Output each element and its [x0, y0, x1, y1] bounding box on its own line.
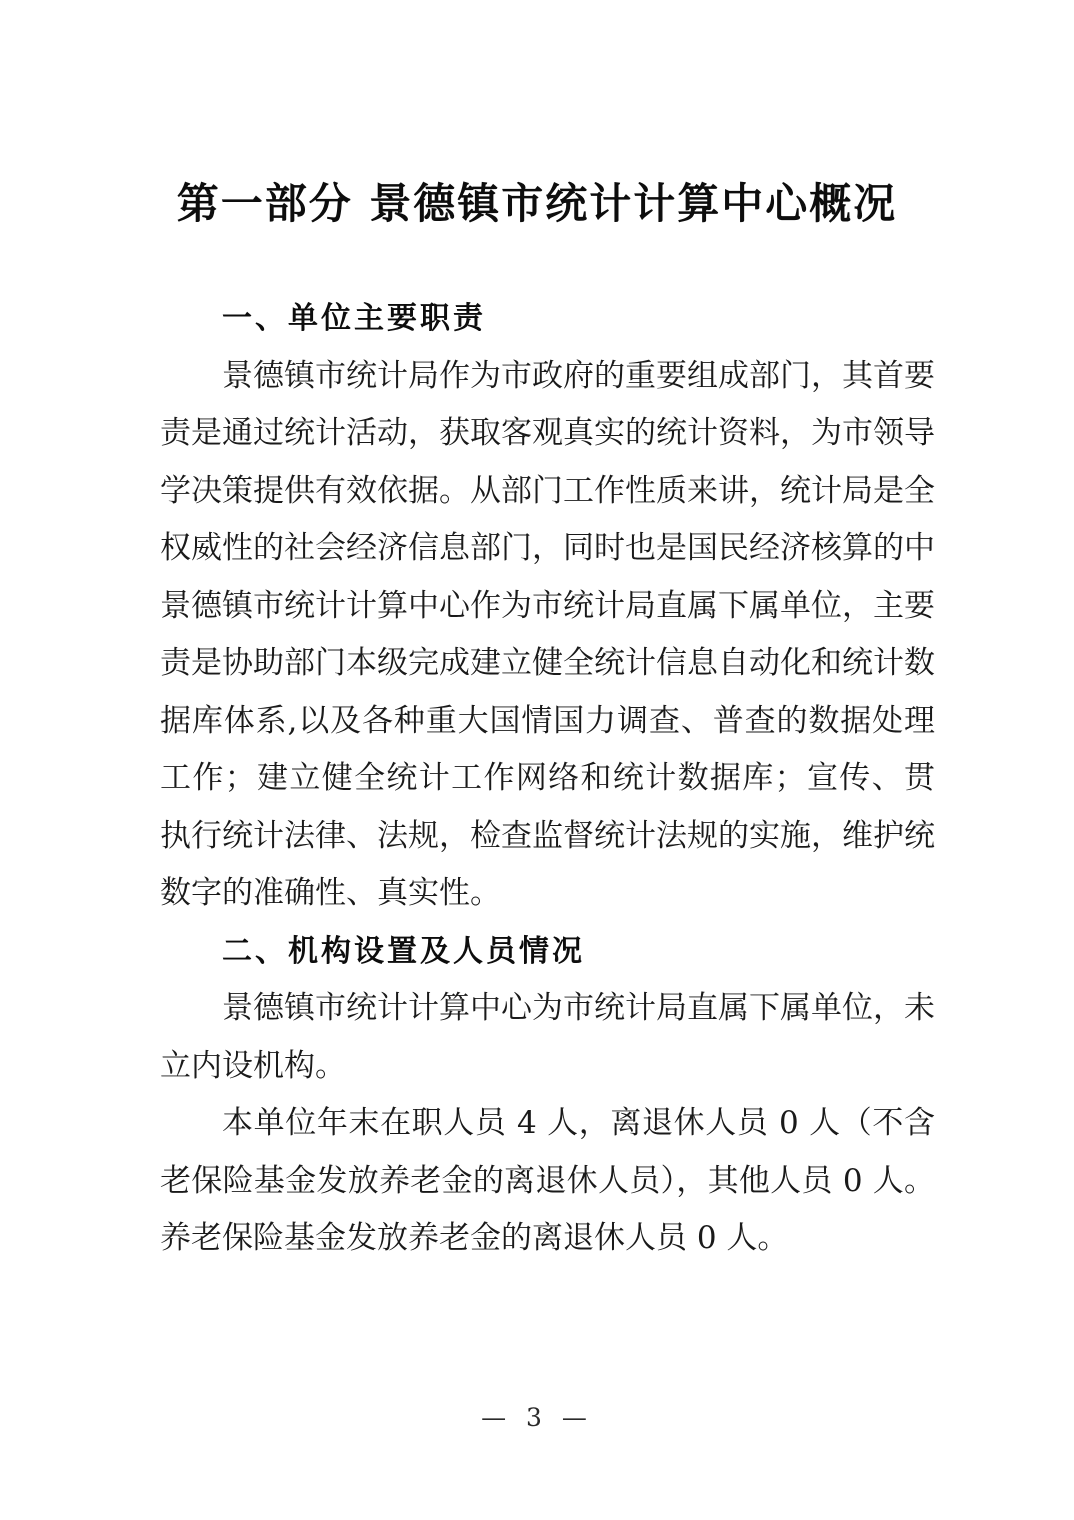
- section-1-heading: 一、单位主要职责: [160, 290, 935, 348]
- text-line: 本单位年末在职人员 4 人，离退休人员 0 人（不含由养: [160, 1095, 935, 1153]
- text-line: 景德镇市统计局作为市政府的重要组成部门，其首要职: [160, 348, 935, 406]
- text-line: 据库体系,以及各种重大国情国力调查、普查的数据处理等: [160, 693, 935, 751]
- text-line: 工作；建立健全统计工作网络和统计数据库；宣传、贯彻、: [160, 750, 935, 808]
- text-line: 立内设机构。: [160, 1038, 935, 1096]
- text-line: 权威性的社会经济信息部门，同时也是国民经济核算的中心。: [160, 520, 935, 578]
- text-line: 养老保险基金发放养老金的离退休人员 0 人。: [160, 1210, 935, 1268]
- text-line: 数字的准确性、真实性。: [160, 865, 935, 923]
- page-number: — 3 —: [0, 1398, 1074, 1438]
- text-line: 责是通过统计活动，获取客观真实的统计资料，为市领导科: [160, 405, 935, 463]
- text-line: 景德镇市统计计算中心为市统计局直属下属单位，未设: [160, 980, 935, 1038]
- text-line: 责是协助部门本级完成建立健全统计信息自动化和统计数: [160, 635, 935, 693]
- document-title: 第一部分 景德镇市统计计算中心概况: [0, 172, 1074, 236]
- text-line: 景德镇市统计计算中心作为市统计局直属下属单位，主要职: [160, 578, 935, 636]
- document-body: 一、单位主要职责 景德镇市统计局作为市政府的重要组成部门，其首要职 责是通过统计…: [160, 290, 935, 1268]
- text-line: 执行统计法律、法规，检查监督统计法规的实施，维护统计: [160, 808, 935, 866]
- text-line: 老保险基金发放养老金的离退休人员），其他人员 0 人。由: [160, 1153, 935, 1211]
- text-line: 学决策提供有效依据。从部门工作性质来讲，统计局是全市: [160, 463, 935, 521]
- document-page: 第一部分 景德镇市统计计算中心概况 一、单位主要职责 景德镇市统计局作为市政府的…: [0, 0, 1074, 1520]
- section-2-heading: 二、机构设置及人员情况: [160, 923, 935, 981]
